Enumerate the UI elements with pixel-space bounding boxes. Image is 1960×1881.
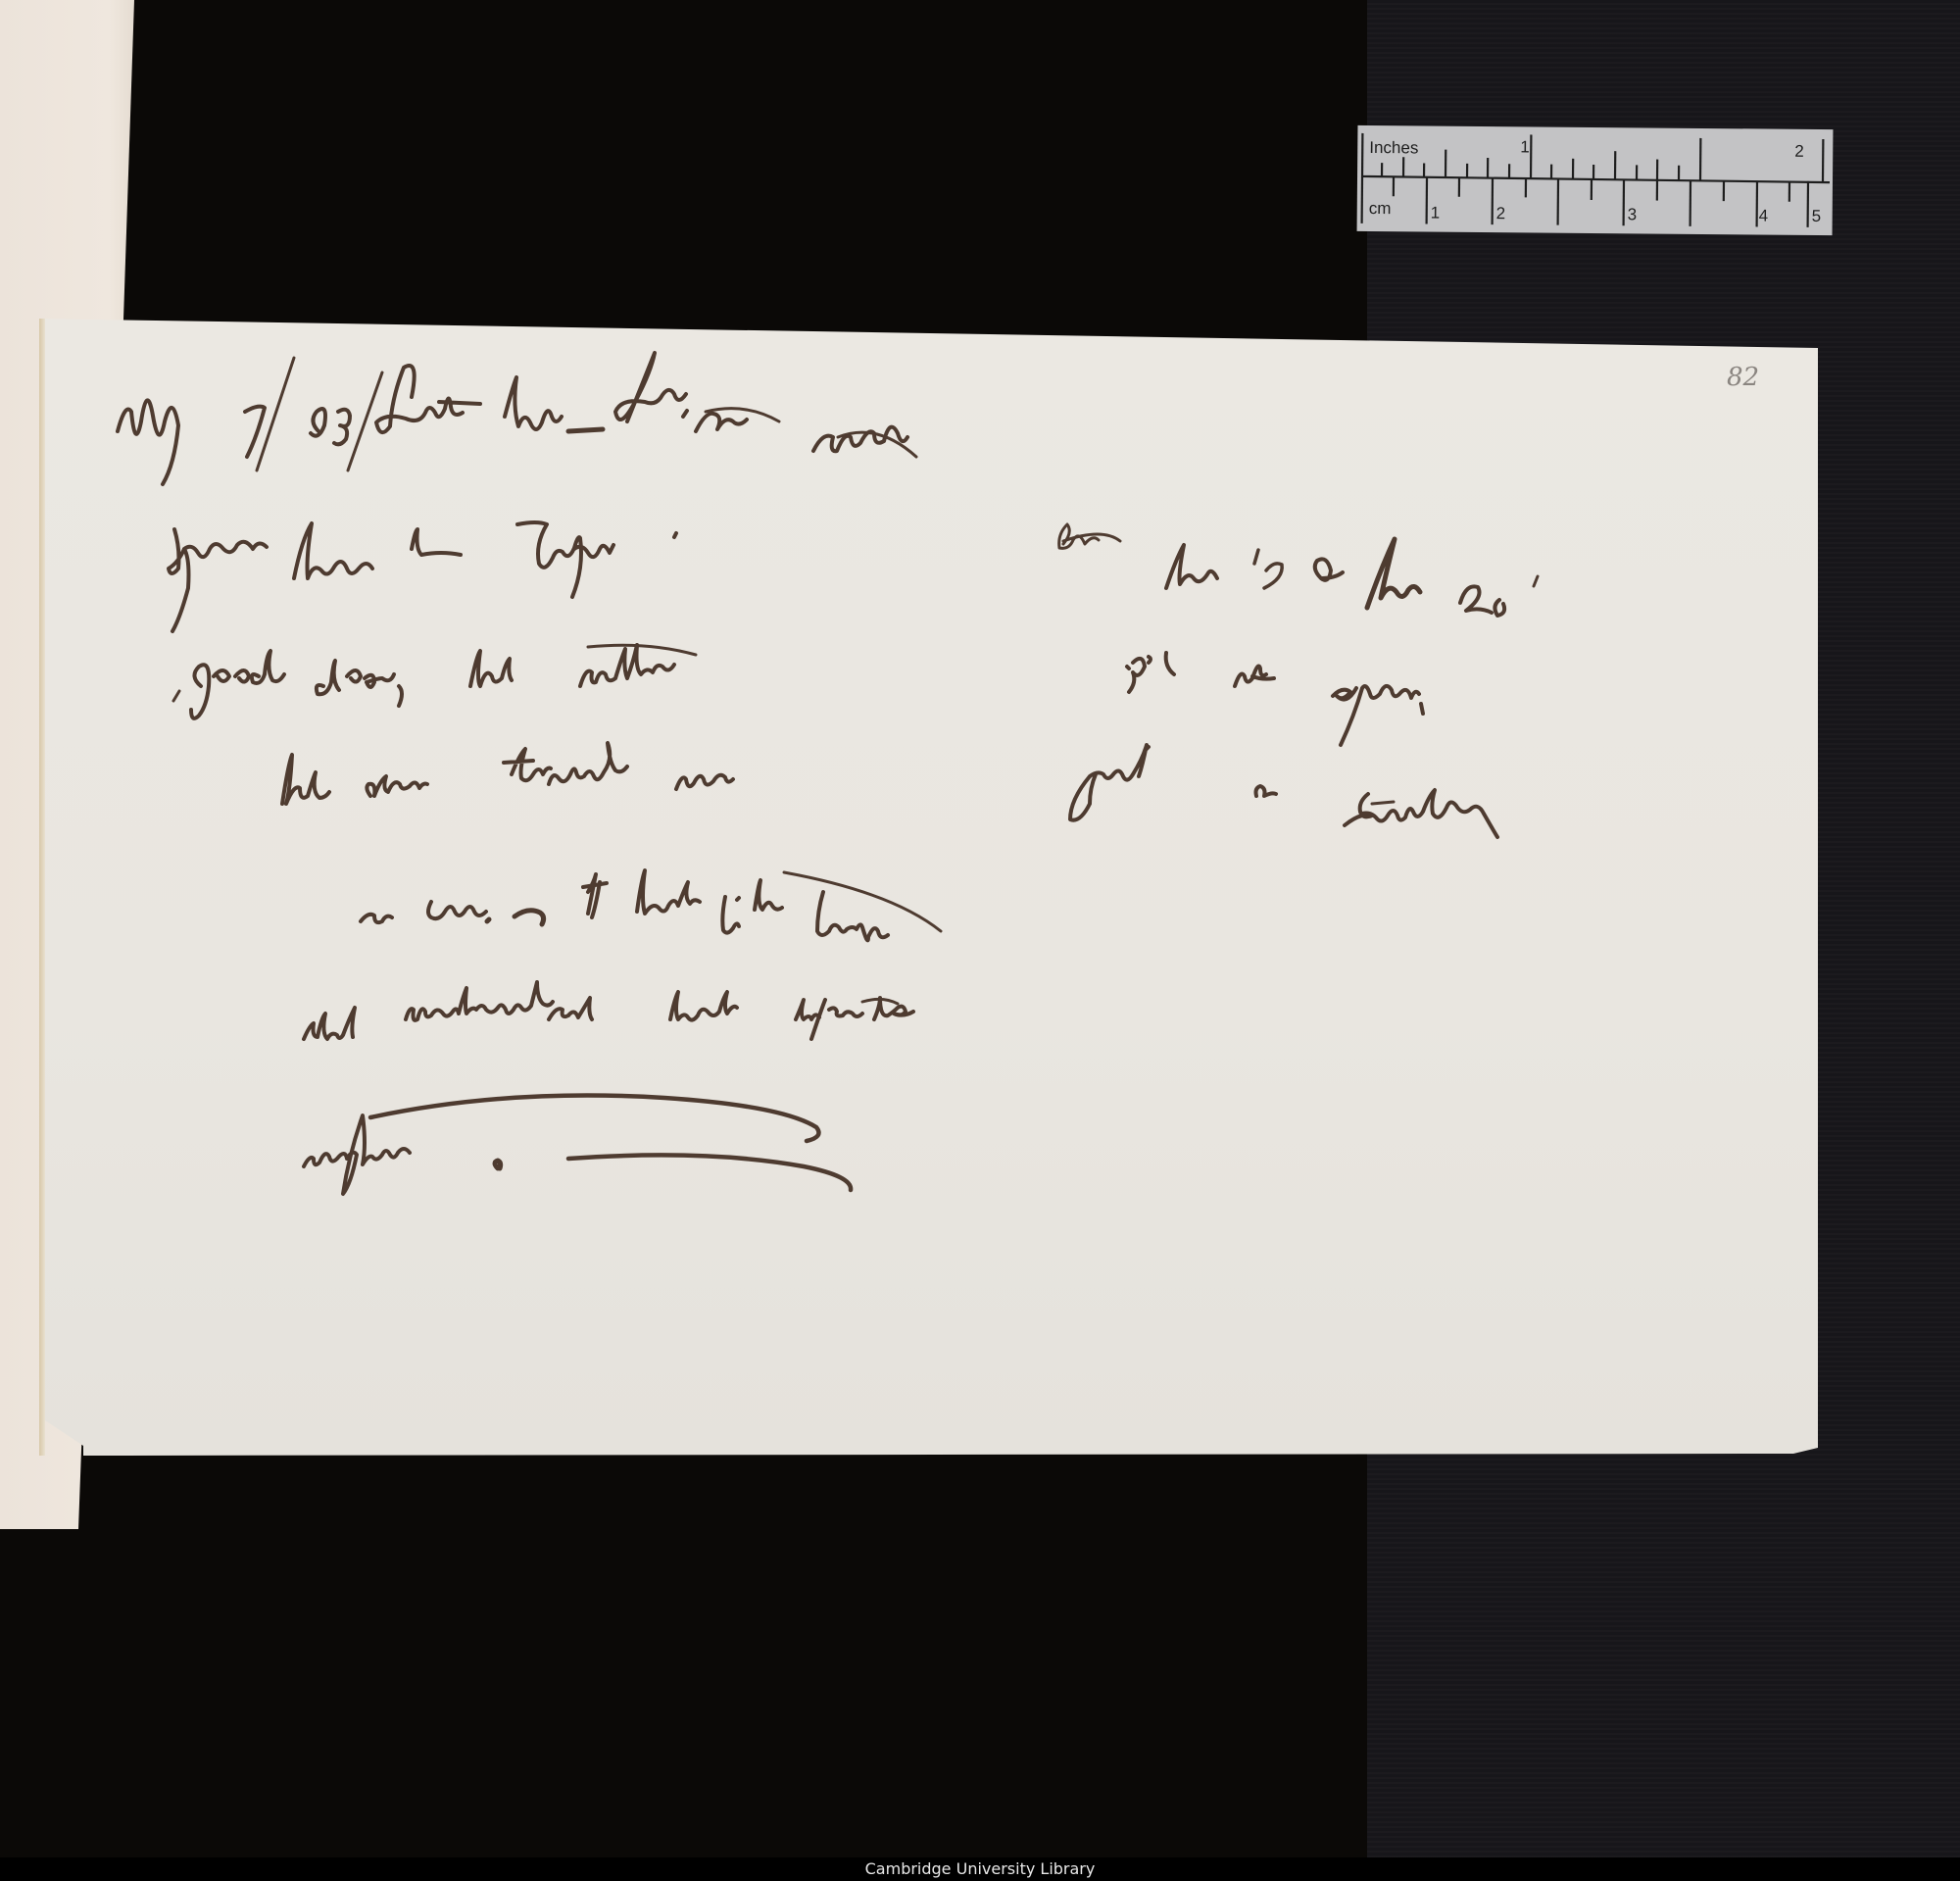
handwriting-ink <box>0 0 1960 1881</box>
library-credit-text: Cambridge University Library <box>865 1859 1096 1878</box>
library-credit-footer: Cambridge University Library <box>0 1857 1960 1881</box>
